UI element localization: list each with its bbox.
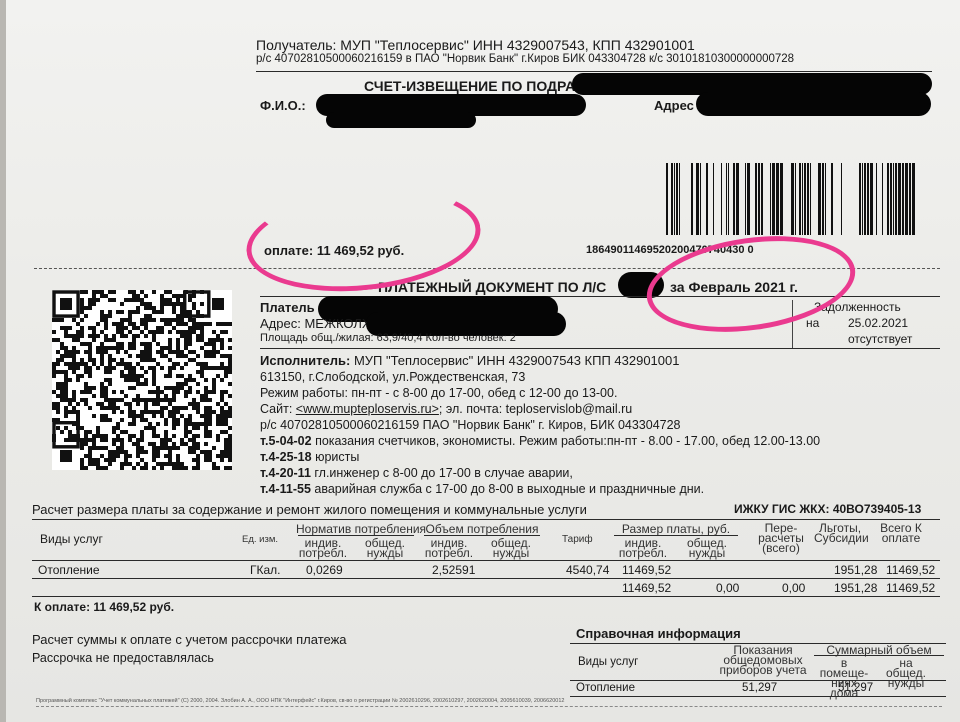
fio-label: Ф.И.О.: xyxy=(260,98,306,113)
phone-line: т.4-11-55 аварийная служба с 17-00 до 8-… xyxy=(260,482,704,496)
col-total: Всего К оплате xyxy=(876,523,926,543)
cell-norm-indiv: 0,0269 xyxy=(306,563,343,577)
col-vol-indiv: индив. потребл. xyxy=(424,538,474,558)
total-pay-indiv: 11469,52 xyxy=(622,581,671,595)
col-service: Виды услуг xyxy=(40,532,103,546)
calc-title: Расчет размера платы за содержание и рем… xyxy=(32,502,587,517)
cell-benefits: 1951,28 xyxy=(834,563,877,577)
col-pay-indiv: индив. потребл. xyxy=(618,538,668,558)
total-total: 11469,52 xyxy=(886,581,935,595)
installment-text: Рассрочка не предоставлялась xyxy=(32,651,214,665)
total-benefits: 1951,28 xyxy=(834,581,877,595)
cell-tariff: 4540,74 xyxy=(566,563,609,577)
executor-contacts: Сайт: <www.mupteploservis.ru>; эл. почта… xyxy=(260,402,632,416)
col-unit: Ед. изм. xyxy=(242,535,278,545)
debt-status: отсутствует xyxy=(848,332,912,346)
col-norm-indiv: индив. потребл. xyxy=(298,538,348,558)
executor-hours: Режим работы: пн-пт - с 8-00 до 17-00, о… xyxy=(260,386,617,400)
calc-to-pay: К оплате: 11 469,52 руб. xyxy=(34,600,174,614)
gis-id: ИЖКУ ГИС ЖКХ: 40ВО739405-13 xyxy=(734,502,921,516)
divider xyxy=(814,655,944,656)
divider xyxy=(32,578,940,579)
ref-cell-service: Отопление xyxy=(576,682,635,694)
footer-text: Программный комплекс "Учет коммунальных … xyxy=(36,698,564,704)
executor-email: ; эл. почта: teploservislob@mail.ru xyxy=(439,402,632,416)
col-volume: Объем потребления xyxy=(422,524,542,534)
divider xyxy=(256,71,932,72)
redaction xyxy=(326,112,476,128)
col-norm: Норматив потребления xyxy=(296,524,416,534)
executor-bank: р/с 40702810500060216159 ПАО "Норвик Бан… xyxy=(260,418,681,432)
debt-date: 25.02.2021 xyxy=(848,316,908,330)
col-norm-common: общед. нужды xyxy=(360,538,410,558)
divider xyxy=(32,596,940,597)
ref-col-sum-volume: Суммарный объем xyxy=(816,645,942,655)
pink-circle-annotation xyxy=(641,224,862,344)
ref-col-common: на общед. нужды xyxy=(878,658,934,688)
col-benefits: Льготы, Субсидии xyxy=(814,523,866,543)
site-link[interactable]: <www.mupteploservis.ru> xyxy=(296,402,439,416)
executor-label: Исполнитель: xyxy=(260,353,350,368)
ref-col-service: Виды услуг xyxy=(578,656,638,668)
ref-cell-rooms: 51,297 xyxy=(838,682,873,694)
phone-line: т.5-04-02 показания счетчиков, экономист… xyxy=(260,434,820,448)
divider xyxy=(260,348,940,349)
executor-line: Исполнитель: МУП "Теплосервис" ИНН 43290… xyxy=(260,353,679,368)
installment-title: Расчет суммы к оплате с учетом рассрочки… xyxy=(32,632,347,647)
executor-address: 613150, г.Слободской, ул.Рождественская,… xyxy=(260,370,525,384)
utility-bill-paper: Получатель: МУП "Теплосервис" ИНН 432900… xyxy=(6,0,960,722)
total-recalc: 0,00 xyxy=(782,581,805,595)
col-pay-common: общед. нужды xyxy=(682,538,732,558)
cell-unit: ГКал. xyxy=(250,563,281,577)
divider xyxy=(32,560,940,561)
debt-on: на xyxy=(806,316,819,330)
redaction xyxy=(696,92,931,116)
site-label: Сайт: xyxy=(260,402,296,416)
area-info: Площадь общ./жилая: 63,9/40,4 Кол-во чел… xyxy=(260,332,516,344)
cell-pay-indiv: 11469,52 xyxy=(622,563,671,577)
address-label: Адрес xyxy=(654,98,694,113)
ref-col-meter: Показания общедомовых приборов учета xyxy=(718,645,808,675)
phone-line: т.4-20-11 гл.инженер с 8-00 до 17-00 в с… xyxy=(260,466,573,480)
divider xyxy=(570,696,946,697)
cell-vol-indiv: 2,52591 xyxy=(432,563,475,577)
col-recalc: Пере- расчеты (всего) xyxy=(758,523,804,553)
cell-service: Отопление xyxy=(38,563,100,577)
phone-line: т.4-25-18 юристы xyxy=(260,450,359,464)
payer-label: Платель xyxy=(260,300,315,315)
qr-code-icon xyxy=(52,290,232,470)
payer-address: Адрес: МЕЖКОЛХО xyxy=(260,316,380,331)
col-payment: Размер платы, руб. xyxy=(612,524,740,534)
divider xyxy=(32,519,940,520)
ref-cell-meter: 51,297 xyxy=(742,682,777,694)
reference-title: Справочная информация xyxy=(576,626,741,641)
recipient-bank-line: р/с 40702810500060216159 в ПАО "Норвик Б… xyxy=(256,53,794,65)
executor-name: МУП "Теплосервис" ИНН 4329007543 КПП 432… xyxy=(350,353,679,368)
barcode-icon xyxy=(666,163,918,235)
total-pay-common: 0,00 xyxy=(716,581,739,595)
cell-total: 11469,52 xyxy=(886,563,935,577)
recipient-line: Получатель: МУП "Теплосервис" ИНН 432900… xyxy=(256,37,695,53)
divider xyxy=(570,680,946,681)
cut-line xyxy=(36,706,942,707)
col-tariff: Тариф xyxy=(562,535,593,545)
col-vol-common: общед. нужды xyxy=(486,538,536,558)
